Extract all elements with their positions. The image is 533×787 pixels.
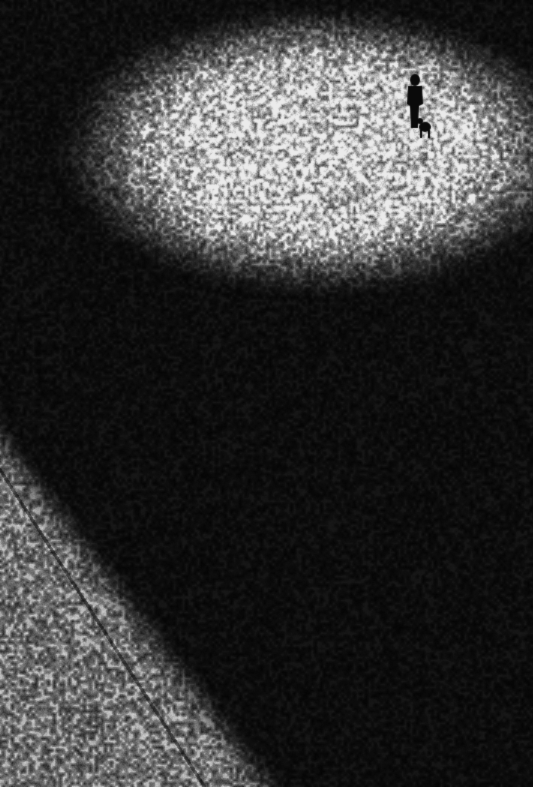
photograph: Black and white high-contrast photograph… [0,0,533,787]
leaf-covered-ground [0,0,533,787]
